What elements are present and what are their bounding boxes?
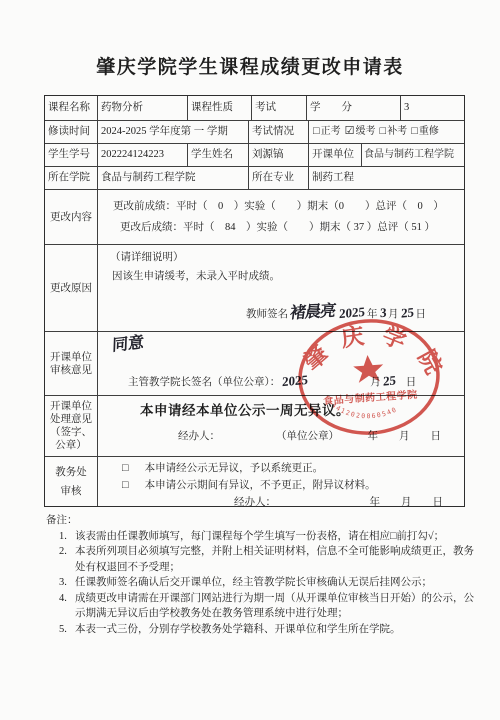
operator-line: 经办人： 年 月 日 — [104, 496, 457, 506]
table-row-term: 修读时间 2024-2025 学年度第 一 学期 考试情况 □正考 ☑缓考 □补… — [45, 120, 464, 143]
note-item: 5. 本表一式三份，分别存学校教务处学籍科、开课单位和学生所在学院。 — [46, 622, 482, 638]
teacher-signature-handwriting: 褚晨亮 — [289, 302, 336, 325]
course-type-value: 考试 — [251, 96, 306, 120]
notes-title: 备注： — [46, 513, 482, 529]
unit-seal-label: （单位公章） — [276, 430, 339, 443]
day-label: 日 — [406, 376, 417, 389]
month-label: 月 — [370, 376, 381, 389]
checkbox-label: 重修 — [419, 126, 439, 139]
checkbox-icon: □ — [380, 125, 387, 139]
scores-after: 更改后成绩：平时（ 84 ）实验（ ）期末（ 37 ）总评（ 51 ） — [120, 221, 435, 234]
college-label: 所在学院 — [45, 167, 97, 189]
checkbox-icon: □ — [122, 461, 129, 476]
checkbox-option: □正考 — [313, 125, 341, 139]
credit-value: 3 — [400, 96, 463, 120]
date-blanks: 年 月 日 — [370, 496, 444, 506]
table-row-office-review: 教务处 审核 □ 本申请经公示无异议，予以系统更正。 □ 本申请公示期间有异议，… — [45, 456, 464, 506]
office-option: □ 本申请公示期间有异议，不予更正，附异议材料。 — [104, 478, 457, 493]
course-name-value: 药物分析 — [97, 96, 187, 120]
checkbox-option: □补考 — [380, 125, 408, 139]
notes-section: 备注： 1. 该表需由任课教师填写，每门课程每个学生填写一份表格，请在相应□前打… — [46, 513, 482, 637]
checkbox-label: 缓考 — [356, 126, 376, 139]
reason-text: 因该生申请缓考，未录入平时成绩。 — [110, 270, 280, 283]
checkbox-label: 正考 — [321, 126, 341, 139]
date-blanks: 年 月 日 — [368, 430, 442, 443]
checkbox-checked-icon: ☑ — [345, 125, 355, 139]
term-value: 2024-2025 学年度第 一 学期 — [97, 121, 248, 143]
change-content-label: 更改内容 — [45, 190, 97, 244]
teacher-sign-label: 教师签名 — [246, 308, 288, 321]
checkbox-label: 补考 — [387, 126, 407, 139]
handwritten-year: 2025 — [339, 304, 365, 323]
application-table: 课程名称 药物分析 课程性质 考试 学 分 3 修读时间 2024-2025 学… — [44, 95, 465, 507]
form-sheet: 肇庆学院学生课程成绩更改申请表 课程名称 药物分析 课程性质 考试 学 分 3 … — [0, 0, 500, 720]
month-label: 月 — [388, 308, 399, 321]
credit-label: 学 分 — [306, 96, 400, 120]
major-value: 制药工程 — [308, 167, 463, 189]
major-label: 所在专业 — [248, 167, 308, 189]
reason-hint: （请详细说明） — [110, 251, 184, 264]
change-content-body: 更改前成绩：平时（ 0 ）实验（ ）期末（0 ）总评（ 0 ） 更改后成绩：平时… — [97, 190, 463, 244]
page-title: 肇庆学院学生课程成绩更改申请表 — [0, 52, 500, 79]
dean-sign-label: 主管教学院长签名（单位公章）： — [128, 376, 280, 389]
note-item: 3. 任课教师签名确认后交开课单位，经主管教学院长审核确认无误后挂网公示； — [46, 575, 482, 591]
scores-before: 更改前成绩：平时（ 0 ）实验（ ）期末（0 ）总评（ 0 ） — [113, 200, 444, 213]
note-item: 1. 该表需由任课教师填写，每门课程每个学生填写一份表格，请在相应□前打勾√； — [46, 529, 482, 545]
table-row-unit-review: 开课单位 审核意见 同意 主管教学院长签名（单位公章）： 2025 月 25 日 — [45, 331, 464, 395]
publicity-statement: 本申请经本单位公示一周无异议。 — [140, 403, 457, 420]
checkbox-icon: □ — [411, 125, 418, 139]
table-row-course: 课程名称 药物分析 课程性质 考试 学 分 3 — [45, 96, 464, 120]
student-name-label: 学生姓名 — [187, 144, 248, 166]
college-value: 食品与制药工程学院 — [97, 167, 248, 189]
student-id-value: 202224124223 — [97, 144, 187, 166]
day-label: 日 — [416, 308, 427, 321]
office-option: □ 本申请经公示无异议，予以系统更正。 — [104, 461, 457, 476]
table-row-student: 学生学号 202224124223 学生姓名 刘源镐 开课单位 食品与制药工程学… — [45, 143, 464, 166]
change-reason-label: 更改原因 — [45, 245, 97, 331]
checkbox-icon: □ — [122, 478, 129, 493]
unit-review-body: 同意 主管教学院长签名（单位公章）： 2025 月 25 日 — [97, 332, 463, 395]
checkbox-option: ☑缓考 — [345, 125, 376, 139]
operator-label: 经办人： — [178, 430, 220, 443]
operator-line: 经办人： （单位公章） 年 月 日 — [104, 430, 457, 443]
exam-status-label: 考试情况 — [248, 121, 308, 143]
unit-review-label: 开课单位 审核意见 — [45, 332, 97, 395]
student-name-value: 刘源镐 — [248, 144, 308, 166]
teacher-signature-line: 教师签名 褚晨亮 2025 年 3 月 25 日 — [98, 303, 455, 323]
handwritten-dean-year: 2025 — [282, 372, 308, 391]
note-item: 4. 成绩更改申请需在开课部门网站进行为期一周（从开课单位审核当日开始）的公示，… — [46, 591, 482, 622]
table-row-change-content: 更改内容 更改前成绩：平时（ 0 ）实验（ ）期末（0 ）总评（ 0 ） 更改后… — [45, 189, 464, 244]
term-label: 修读时间 — [45, 121, 97, 143]
dean-signature-line: 主管教学院长签名（单位公章）： 2025 月 25 日 — [98, 373, 457, 389]
office-review-body: □ 本申请经公示无异议，予以系统更正。 □ 本申请公示期间有异议，不予更正，附异… — [97, 457, 463, 506]
change-reason-body: （请详细说明） 因该生申请缓考，未录入平时成绩。 教师签名 褚晨亮 2025 年… — [97, 245, 463, 331]
unit-handle-body: 本申请经本单位公示一周无异议。 经办人： （单位公章） 年 月 日 — [97, 396, 463, 456]
table-row-college: 所在学院 食品与制药工程学院 所在专业 制药工程 — [45, 166, 464, 189]
offering-unit-value: 食品与制药工程学院 — [361, 144, 463, 166]
course-type-label: 课程性质 — [187, 96, 251, 120]
office-review-label: 教务处 审核 — [45, 457, 97, 506]
checkbox-icon: □ — [313, 125, 320, 139]
handwritten-approval: 同意 — [112, 333, 145, 357]
course-name-label: 课程名称 — [45, 96, 97, 120]
exam-status-checkboxes: □正考 ☑缓考 □补考 □重修 — [308, 121, 463, 143]
year-label: 年 — [367, 308, 378, 321]
note-item: 2. 本表所列项目必须填写完整，并附上相关证明材料，信息不全可能影响成绩更正，教… — [46, 544, 482, 575]
handwritten-month: 3 — [379, 305, 386, 322]
unit-handle-label: 开课单位 处理意见 （签字、 公章） — [45, 396, 97, 456]
operator-label: 经办人： — [234, 496, 276, 506]
table-row-unit-handle: 开课单位 处理意见 （签字、 公章） 本申请经本单位公示一周无异议。 经办人： … — [45, 395, 464, 456]
student-id-label: 学生学号 — [45, 144, 97, 166]
checkbox-option: □重修 — [411, 125, 439, 139]
handwritten-day: 25 — [400, 304, 413, 321]
handwritten-dean-day: 25 — [383, 372, 396, 389]
table-row-change-reason: 更改原因 （请详细说明） 因该生申请缓考，未录入平时成绩。 教师签名 褚晨亮 2… — [45, 244, 464, 331]
offering-unit-label: 开课单位 — [308, 144, 361, 166]
